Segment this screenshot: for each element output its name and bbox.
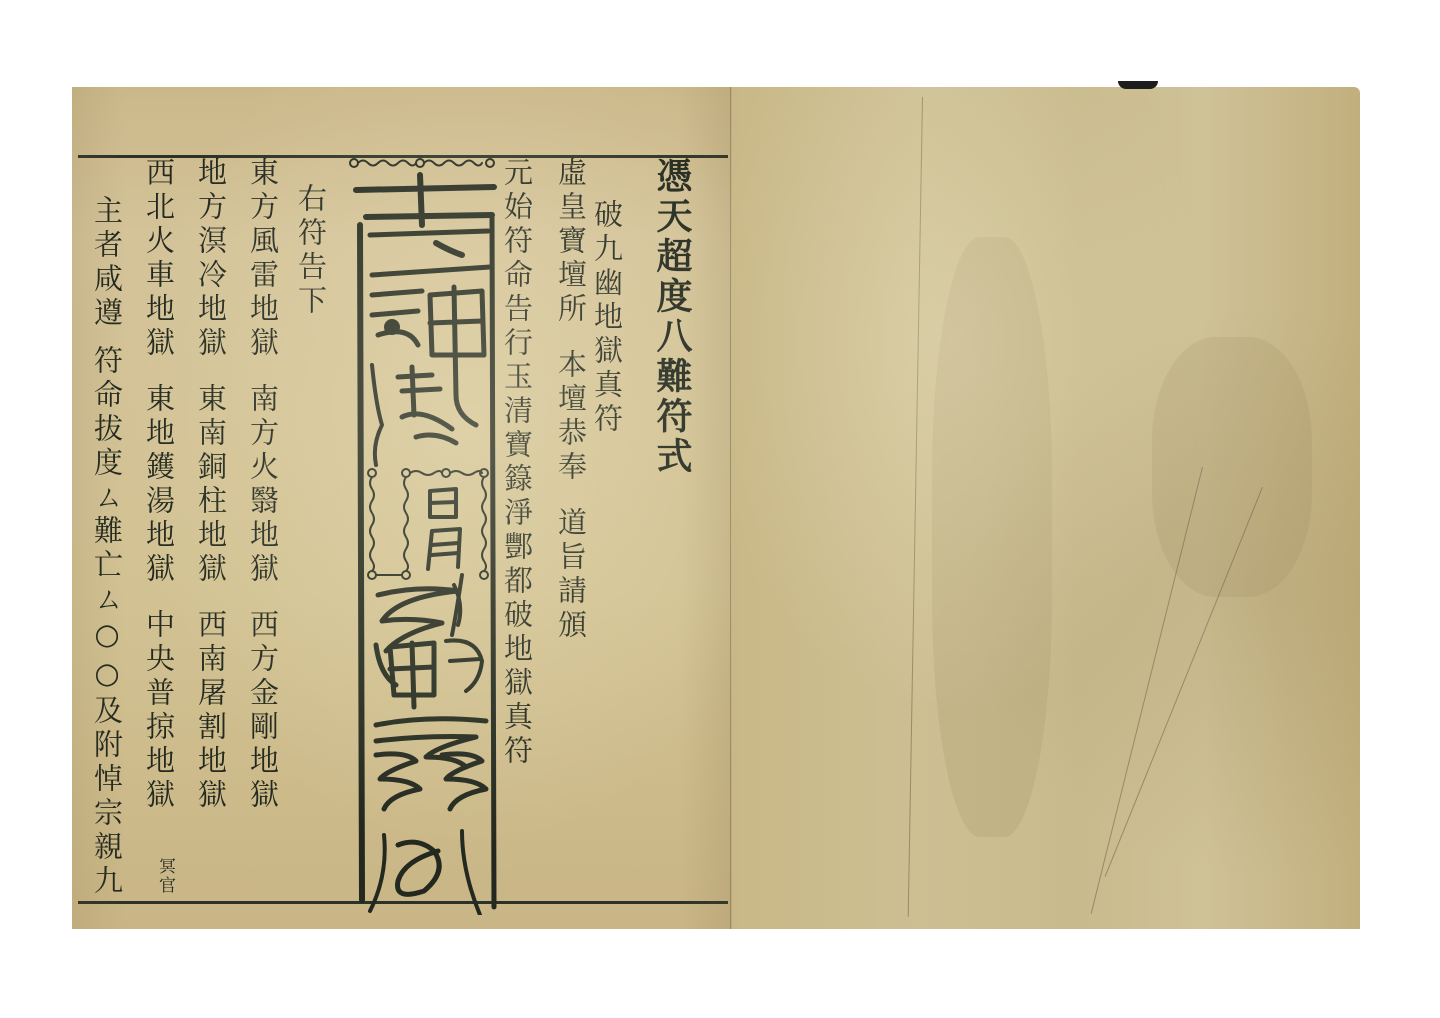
column-text: 東地鑊湯地獄 — [142, 383, 176, 587]
small-annotation: 冥官 — [156, 857, 173, 895]
title-column: 憑天超度八難符式 — [654, 157, 690, 477]
paper-crease-line — [908, 97, 923, 917]
column-text: 中央普掠地獄 — [142, 609, 176, 813]
water-stain — [932, 237, 1052, 837]
text-column-7: 地方溟冷地獄東南銅柱地獄西南屠割地獄 — [196, 157, 225, 813]
column-text: 主者咸遵 — [90, 195, 124, 331]
text-column-5: 右符告下 — [296, 183, 325, 319]
talisman-figure — [342, 155, 502, 915]
binding-clip — [1118, 81, 1158, 89]
column-text: 虛皇寶壇所 — [554, 157, 588, 327]
column-text: 東南銅柱地獄 — [194, 383, 228, 587]
annotation-text: 冥官 — [155, 857, 175, 895]
column-text: 破九幽地獄真符 — [590, 199, 624, 437]
column-text: 西南屠割地獄 — [194, 609, 228, 813]
scripture-title: 憑天超度八難符式 — [651, 157, 693, 477]
column-text: 符命拔度ㄙ難亡ㄙ○○及附悼宗親九 — [90, 345, 124, 899]
right-page — [732, 87, 1360, 929]
column-text: 西北火車地獄 — [142, 157, 176, 361]
left-page: 憑天超度八難符式 破九幽地獄真符 虛皇寶壇所本壇恭奉道旨請頒 元始符命告行玉清寶… — [72, 87, 732, 929]
text-column-2: 破九幽地獄真符 — [592, 199, 621, 437]
column-text: 元始符命告行玉清寶籙淨酆都破地獄真符 — [500, 157, 534, 769]
text-column-9: 主者咸遵符命拔度ㄙ難亡ㄙ○○及附悼宗親九 — [92, 195, 121, 899]
page-gutter — [730, 87, 731, 929]
text-column-4: 元始符命告行玉清寶籙淨酆都破地獄真符 — [502, 157, 531, 769]
book-spread: 憑天超度八難符式 破九幽地獄真符 虛皇寶壇所本壇恭奉道旨請頒 元始符命告行玉清寶… — [72, 87, 1368, 929]
column-text: 西方金剛地獄 — [246, 609, 280, 813]
talisman-icon — [342, 155, 502, 915]
column-text: 道旨請頒 — [554, 507, 588, 643]
column-text: 南方火翳地獄 — [246, 383, 280, 587]
paper-crease-line — [1091, 467, 1203, 914]
text-column-8: 西北火車地獄東地鑊湯地獄中央普掠地獄 — [144, 157, 173, 813]
column-text: 右符告下 — [294, 183, 328, 319]
column-text: 地方溟冷地獄 — [194, 157, 228, 361]
column-text: 本壇恭奉 — [554, 349, 588, 485]
column-text: 東方風雷地獄 — [246, 157, 280, 361]
bleed-through-text — [652, 507, 689, 539]
text-column-6: 東方風雷地獄南方火翳地獄西方金剛地獄 — [248, 157, 277, 813]
text-column-3: 虛皇寶壇所本壇恭奉道旨請頒 — [556, 157, 585, 643]
